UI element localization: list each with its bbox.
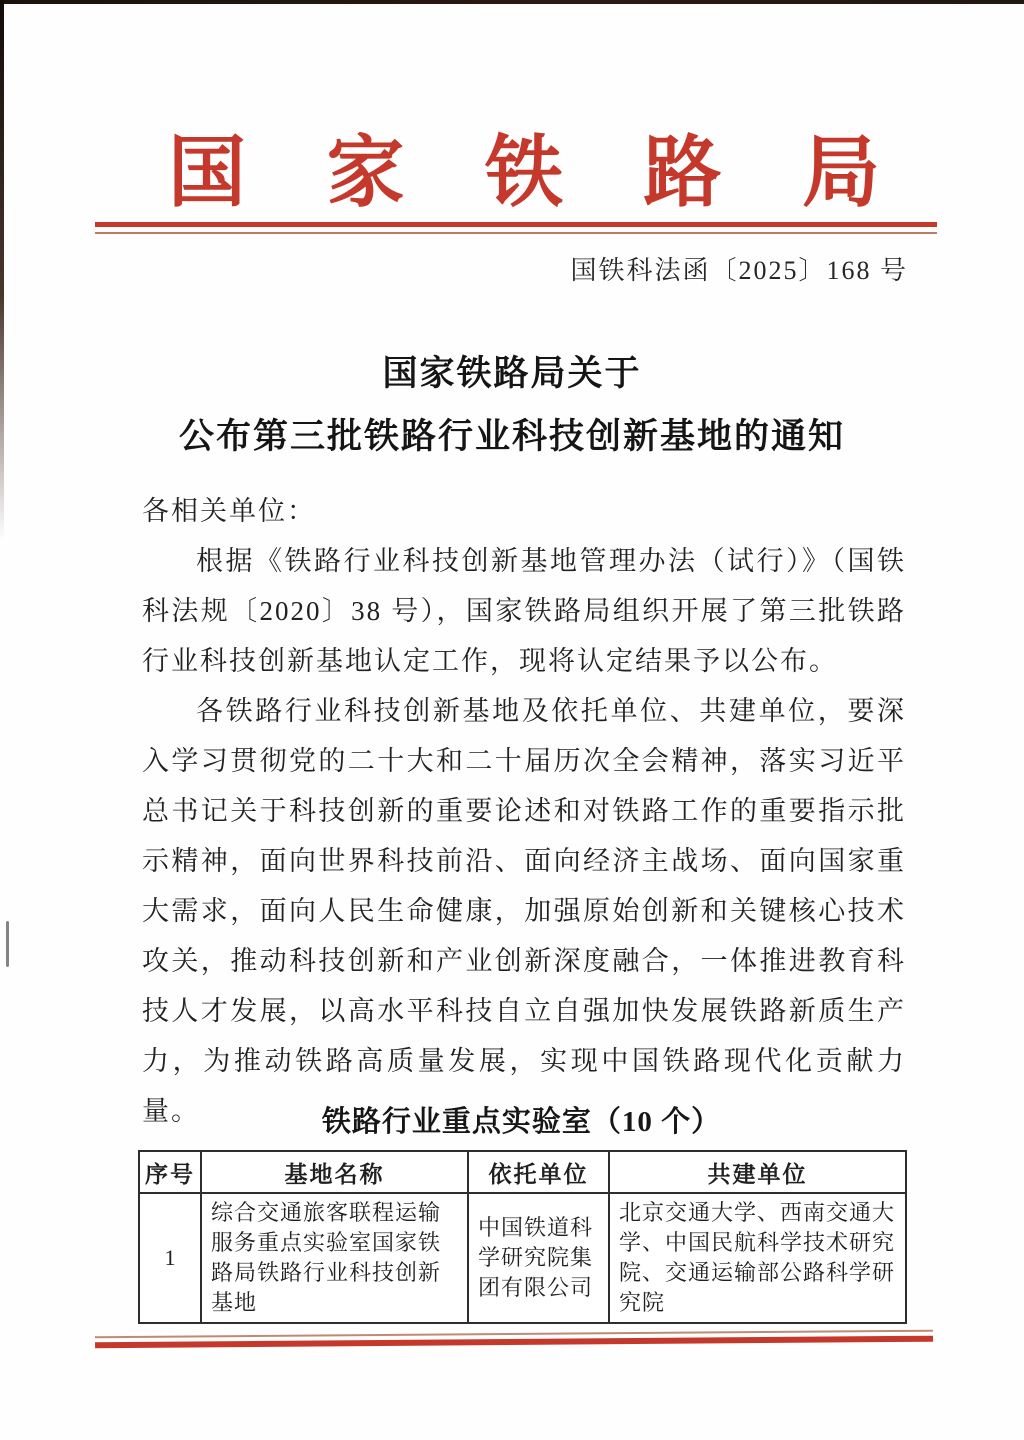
document-title: 国家铁路局关于 公布第三批铁路行业科技创新基地的通知 <box>0 342 1024 468</box>
agency-masthead-title: 国 家 铁 路 局 <box>168 132 880 214</box>
rule-thin-line <box>95 232 937 234</box>
table-header-host-unit: 依托单位 <box>468 1151 609 1193</box>
masthead-double-rule <box>95 222 937 234</box>
table-row: 1 综合交通旅客联程运输服务重点实验室国家铁路局铁路行业科技创新基地 中国铁道科… <box>139 1193 906 1323</box>
table-header-partner-units: 共建单位 <box>609 1151 906 1193</box>
table-section-title: 铁路行业重点实验室（10 个） <box>138 1099 905 1140</box>
key-laboratories-table: 序号 基地名称 依托单位 共建单位 1 综合交通旅客联程运输服务重点实验室国家铁… <box>138 1150 907 1324</box>
document-reference-number: 国铁科法函〔2025〕168 号 <box>570 250 908 287</box>
scan-edge-top-artifact <box>0 0 1024 4</box>
masthead-char: 铁 <box>485 132 563 214</box>
document-title-line-2: 公布第三批铁路行业科技创新基地的通知 <box>0 405 1024 468</box>
masthead-char: 家 <box>326 132 404 214</box>
masthead-char: 国 <box>168 132 246 214</box>
body-paragraph: 根据《铁路行业科技创新基地管理办法（试行）》（国铁科法规〔2020〕38 号），… <box>142 536 906 686</box>
table-header-row: 序号 基地名称 依托单位 共建单位 <box>139 1151 906 1193</box>
masthead-char: 路 <box>643 132 721 214</box>
cell-base-name: 综合交通旅客联程运输服务重点实验室国家铁路局铁路行业科技创新基地 <box>201 1193 468 1323</box>
cell-host-unit: 中国铁道科学研究院集团有限公司 <box>468 1193 609 1323</box>
cell-partner-units: 北京交通大学、西南交通大学、中国民航科学技术研究院、交通运输部公路科学研究院 <box>609 1193 906 1323</box>
rule-thick-line <box>95 1336 933 1349</box>
document-title-line-1: 国家铁路局关于 <box>0 342 1024 405</box>
table-header-serial: 序号 <box>139 1151 201 1193</box>
salutation: 各相关单位： <box>142 486 906 536</box>
rule-thick-line <box>95 222 937 227</box>
scanned-document-page: 国 家 铁 路 局 国铁科法函〔2025〕168 号 国家铁路局关于 公布第三批… <box>0 0 1024 1440</box>
body-paragraph: 各铁路行业科技创新基地及依托单位、共建单位，要深入学习贯彻党的二十大和二十届历次… <box>142 686 906 1136</box>
masthead-char: 局 <box>802 132 880 214</box>
table-header-base-name: 基地名称 <box>201 1151 468 1193</box>
footer-double-rule <box>95 1330 933 1349</box>
cell-serial: 1 <box>139 1193 201 1323</box>
scan-margin-mark <box>6 921 9 967</box>
document-body: 各相关单位： 根据《铁路行业科技创新基地管理办法（试行）》（国铁科法规〔2020… <box>142 486 906 1136</box>
